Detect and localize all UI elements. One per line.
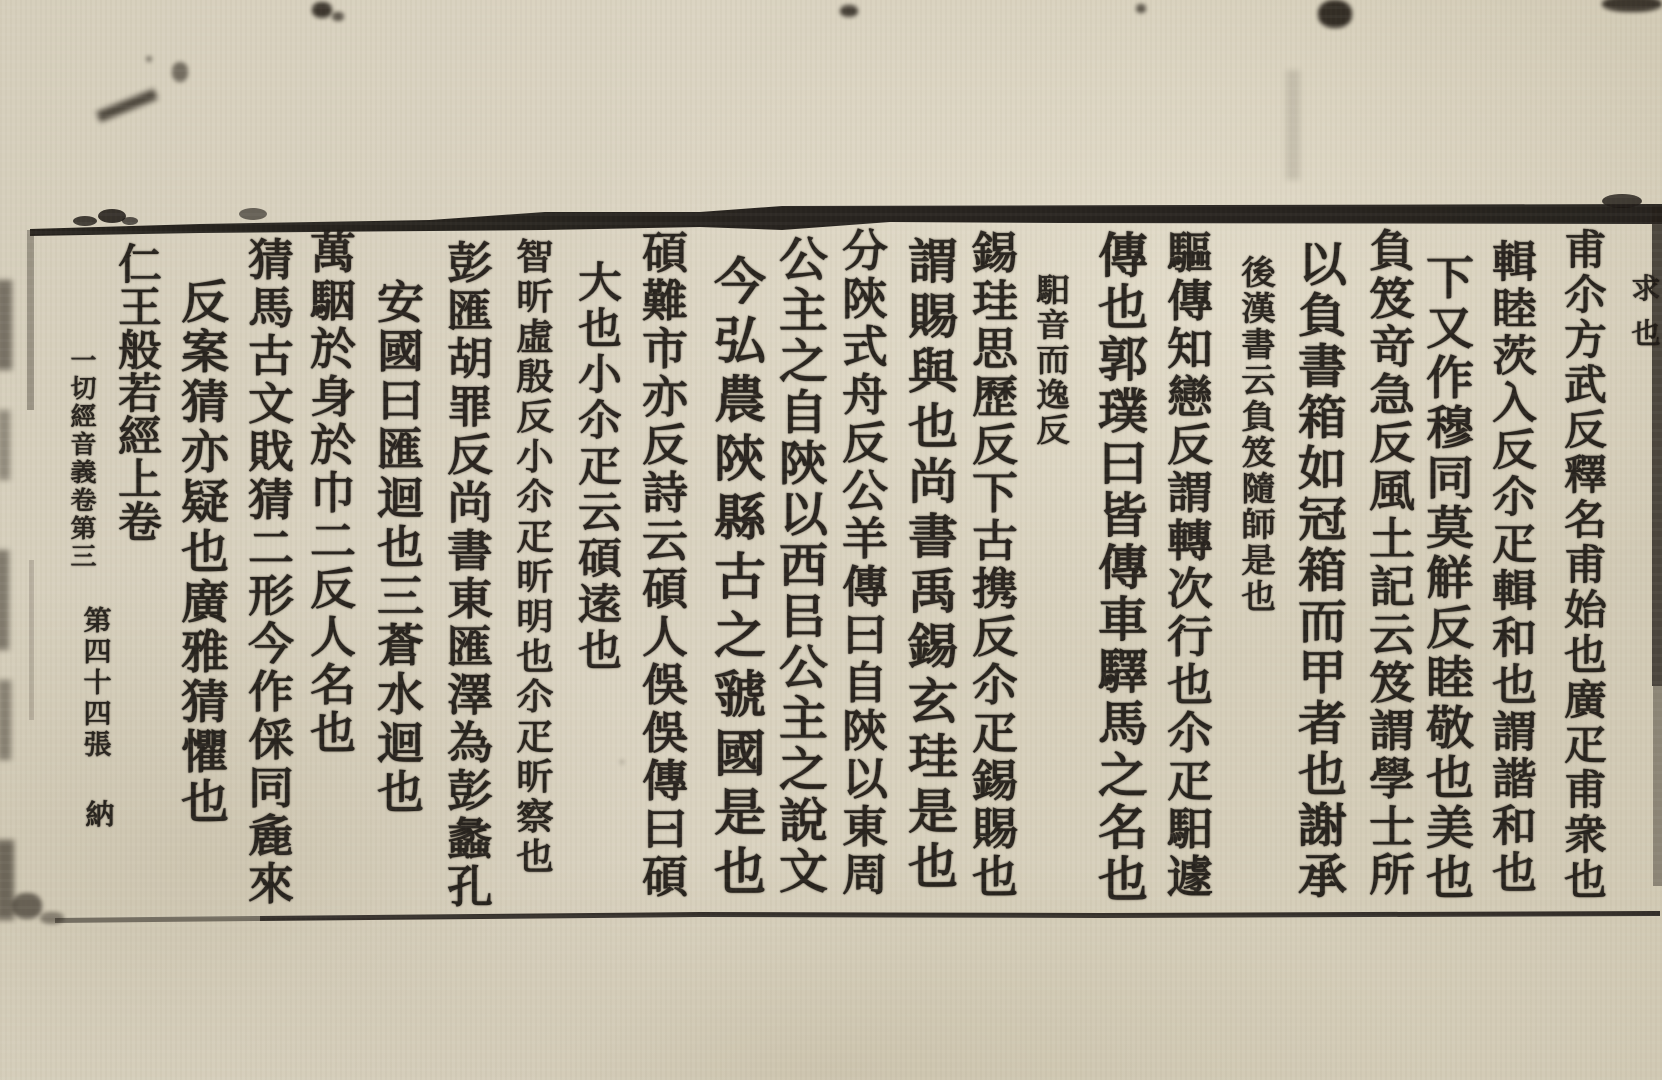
glyph-cell: 俁 [637, 710, 693, 758]
glyph-cell: 茨 [1486, 334, 1541, 381]
column-case-mark-26: 納 [81, 795, 119, 835]
glyph-cell: 也 [1421, 753, 1479, 803]
glyph-cell: 笈 [1364, 660, 1420, 708]
glyph-cell: 陝 [709, 429, 771, 488]
glyph-cell: 歷 [967, 374, 1023, 422]
glyph-cell: 說 [773, 796, 832, 847]
glyph-cell: 土 [1364, 516, 1420, 564]
glyph-cell: 謂 [1162, 470, 1218, 518]
glyph-cell: 廣 [176, 577, 234, 627]
glyph-cell: 急 [1364, 372, 1420, 420]
glyph-cell: 水 [371, 670, 428, 719]
glyph-cell: 四 [78, 699, 116, 730]
glyph-cell: 反 [442, 432, 498, 480]
glyph-cell: 孔 [442, 864, 498, 912]
ink-stain [12, 893, 42, 919]
glyph-cell: 陝 [773, 439, 832, 490]
glyph-cell: 莫 [1421, 503, 1479, 553]
glyph-cell: 上 [113, 458, 167, 501]
glyph-cell: 國 [709, 724, 771, 783]
glyph-cell: 尒 [1558, 273, 1611, 318]
glyph-cell: 彭 [442, 240, 498, 288]
column-entry-2: 輯睦茨入反尒疋輯和也謂諧和也 [1488, 240, 1541, 898]
glyph-cell: 古 [709, 547, 771, 606]
glyph-cell: 迴 [371, 474, 428, 523]
glyph-cell: 廣 [1558, 678, 1611, 723]
glyph-cell: 轉 [1162, 518, 1218, 566]
manuscript-page-sheet: 求也甫尒方武反釋名甫始也廣疋甫衆也輯睦茨入反尒疋輯和也謂諧和也下又作穆同莫觧反睦… [0, 0, 1662, 1080]
glyph-cell: 釋 [1558, 453, 1611, 498]
glyph-cell: 陝 [837, 276, 893, 324]
column-entry-16: 大也小尒疋云碩逺也 [574, 260, 626, 674]
column-entry-20: 萬駰於身於巾二反人名也 [306, 230, 360, 758]
glyph-cell: 第 [78, 606, 116, 637]
glyph-cell: 求 [1626, 266, 1662, 311]
glyph-cell: 經 [65, 403, 101, 431]
glyph-cell: 反 [1421, 603, 1479, 653]
glyph-cell: 古 [967, 518, 1023, 566]
glyph-cell: 卷 [113, 501, 167, 544]
glyph-cell: 罪 [442, 384, 498, 432]
glyph-cell: 詩 [637, 470, 693, 518]
glyph-cell: 雅 [176, 627, 234, 677]
column-sheet-number-25: 第四十四張 [79, 606, 116, 761]
glyph-cell: 第 [65, 515, 101, 543]
glyph-cell: 者 [1292, 699, 1351, 750]
column-entry-14: 今弘農陝縣古之虢國是也 [710, 252, 770, 901]
glyph-cell: 迴 [371, 719, 428, 768]
glyph-cell: 以 [837, 756, 893, 804]
glyph-cell: 也 [967, 854, 1023, 902]
column-entry-19: 安國曰匯迴也三蒼水迴也 [373, 278, 428, 817]
glyph-cell: 西 [773, 541, 832, 592]
glyph-cell: 名 [1558, 498, 1611, 543]
glyph-cell: 負 [1364, 228, 1420, 276]
glyph-cell: 式 [837, 324, 893, 372]
glyph-cell: 農 [709, 370, 771, 429]
glyph-cell: 匯 [442, 288, 498, 336]
glyph-cell: 玄 [903, 675, 963, 730]
glyph-cell: 主 [773, 694, 832, 745]
glyph-cell: 作 [243, 669, 299, 717]
glyph-cell: 學 [1364, 756, 1420, 804]
ink-stain [172, 62, 188, 82]
glyph-cell: 也 [1626, 311, 1662, 356]
glyph-cell: 蒼 [371, 621, 428, 670]
glyph-cell: 反 [176, 277, 234, 327]
glyph-cell: 甫 [1558, 543, 1611, 588]
glyph-cell: 小 [511, 437, 559, 477]
ink-stain [840, 5, 858, 17]
glyph-cell: 負 [1292, 291, 1351, 342]
glyph-cell: 方 [1558, 318, 1611, 363]
glyph-cell: 疋 [511, 517, 559, 557]
glyph-cell: 車 [1093, 594, 1153, 646]
glyph-cell: 之 [1093, 750, 1153, 802]
glyph-cell: 書 [1292, 342, 1351, 393]
glyph-cell: 明 [511, 597, 559, 637]
glyph-cell: 美 [1421, 803, 1479, 853]
glyph-cell: 切 [65, 375, 101, 403]
ink-streak [0, 410, 10, 480]
glyph-cell: 疋 [967, 710, 1023, 758]
glyph-cell: 馹 [1031, 273, 1075, 308]
glyph-cell: 張 [78, 730, 116, 761]
glyph-cell: 察 [511, 797, 559, 837]
glyph-cell: 納 [80, 795, 120, 835]
glyph-cell: 珪 [967, 278, 1023, 326]
ink-streak [0, 280, 12, 370]
glyph-cell: 為 [442, 720, 498, 768]
glyph-cell: 形 [243, 573, 299, 621]
glyph-cell: 身 [305, 374, 361, 422]
glyph-cell: 匯 [371, 425, 428, 474]
glyph-cell: 彭 [442, 768, 498, 816]
glyph-cell: 郭 [1093, 334, 1153, 386]
glyph-cell: 傳 [837, 564, 893, 612]
ink-stain [312, 2, 332, 18]
ink-streak [0, 680, 11, 760]
glyph-cell: 也 [1486, 663, 1541, 710]
glyph-cell: 師 [1236, 507, 1281, 543]
column-entry-22: 反案猜亦疑也廣雅猜懼也 [177, 277, 233, 827]
glyph-cell: 箱 [1292, 393, 1351, 444]
glyph-cell: 謂 [1364, 708, 1420, 756]
glyph-cell: 云 [637, 518, 693, 566]
glyph-cell: 猜 [243, 237, 299, 285]
glyph-cell: 尚 [903, 455, 963, 510]
glyph-cell: 縣 [709, 488, 771, 547]
glyph-cell: 分 [837, 228, 893, 276]
glyph-cell: 是 [903, 785, 963, 840]
glyph-cell: 傳 [1162, 278, 1218, 326]
glyph-cell: 難 [637, 278, 693, 326]
glyph-cell: 後 [1236, 255, 1281, 291]
glyph-cell: 而 [1031, 343, 1075, 378]
glyph-cell: 虢 [709, 665, 771, 724]
glyph-cell: 賜 [967, 806, 1023, 854]
glyph-cell: 於 [305, 326, 361, 374]
glyph-cell: 遽 [1162, 854, 1218, 902]
glyph-cell: 舟 [837, 372, 893, 420]
glyph-cell: 也 [1421, 853, 1479, 903]
glyph-cell: 胡 [442, 336, 498, 384]
ink-stain [146, 56, 152, 62]
glyph-cell: 也 [903, 840, 963, 895]
ink-stain [1136, 4, 1146, 13]
glyph-cell: 同 [1421, 453, 1479, 503]
bottom-border-rule [55, 916, 260, 923]
glyph-cell: 賜 [903, 290, 963, 345]
glyph-cell: 甫 [1558, 768, 1611, 813]
glyph-cell: 承 [1292, 852, 1351, 903]
glyph-cell: 三 [65, 543, 101, 571]
glyph-cell: 曰 [837, 612, 893, 660]
glyph-cell: 疑 [176, 477, 234, 527]
glyph-cell: 智 [511, 237, 559, 277]
glyph-cell: 經 [113, 415, 167, 458]
glyph-cell: 馬 [1093, 698, 1153, 750]
glyph-cell: 懼 [176, 727, 234, 777]
glyph-cell: 自 [773, 388, 832, 439]
glyph-cell: 疋 [573, 444, 627, 490]
glyph-cell: 錫 [967, 758, 1023, 806]
glyph-cell: 記 [1364, 564, 1420, 612]
glyph-cell: 尒 [967, 662, 1023, 710]
glyph-cell: 隨 [1236, 471, 1281, 507]
glyph-cell: 衆 [1558, 813, 1611, 858]
glyph-cell: 名 [305, 662, 361, 710]
glyph-cell: 書 [1236, 327, 1281, 363]
glyph-cell: 書 [442, 528, 498, 576]
glyph-cell: 安 [371, 278, 428, 327]
glyph-cell: 弘 [709, 311, 771, 370]
glyph-cell: 反 [1558, 408, 1611, 453]
glyph-cell: 也 [176, 527, 234, 577]
glyph-cell: 馹 [1162, 806, 1218, 854]
glyph-cell: 與 [903, 345, 963, 400]
glyph-cell: 漢 [1236, 291, 1281, 327]
glyph-cell: 尒 [573, 398, 627, 444]
glyph-cell: 錫 [967, 230, 1023, 278]
ink-stain [1318, 0, 1352, 28]
glyph-cell: 也 [1162, 662, 1218, 710]
glyph-cell: 公 [773, 643, 832, 694]
glyph-cell: 倸 [243, 717, 299, 765]
glyph-cell: 昕 [511, 557, 559, 597]
glyph-cell: 笈 [1364, 276, 1420, 324]
glyph-cell: 㠯 [773, 592, 832, 643]
column-entry-18: 彭匯胡罪反尚書東匯澤為彭蠡孔 [443, 240, 497, 912]
ink-stain [620, 760, 624, 764]
glyph-cell: 東 [837, 804, 893, 852]
glyph-cell: 和 [1486, 616, 1541, 663]
glyph-cell: 又 [1421, 303, 1479, 353]
glyph-cell: 周 [837, 852, 893, 900]
glyph-cell: 謂 [903, 235, 963, 290]
glyph-cell: 也 [1558, 858, 1611, 903]
column-entry-8: 傳也郭璞曰皆傳車驛馬之名也 [1094, 230, 1152, 906]
glyph-cell: 風 [1364, 468, 1420, 516]
glyph-cell: 睦 [1486, 287, 1541, 334]
glyph-cell: 云 [1364, 612, 1420, 660]
glyph-cell: 般 [113, 329, 167, 372]
glyph-cell: 仁 [113, 243, 167, 286]
glyph-cell: 書 [903, 510, 963, 565]
column-volume-24: 一切經音義卷第三 [66, 347, 101, 571]
glyph-cell: 也 [371, 523, 428, 572]
glyph-cell: 碩 [637, 566, 693, 614]
glyph-cell: 戀 [1162, 374, 1218, 422]
glyph-cell: 冠 [1292, 495, 1351, 546]
glyph-cell: 自 [837, 660, 893, 708]
glyph-cell: 昕 [511, 757, 559, 797]
glyph-cell: 亦 [637, 374, 693, 422]
glyph-cell: 如 [1292, 444, 1351, 495]
ink-stain [40, 912, 64, 924]
glyph-cell: 之 [709, 606, 771, 665]
glyph-cell: 也 [511, 637, 559, 677]
glyph-cell: 竒 [1364, 324, 1420, 372]
glyph-cell: 猜 [243, 477, 299, 525]
glyph-cell: 傳 [1093, 542, 1153, 594]
glyph-cell: 猜 [176, 377, 234, 427]
glyph-cell: 同 [243, 765, 299, 813]
glyph-cell: 十 [78, 668, 116, 699]
glyph-cell: 公 [837, 468, 893, 516]
column-catchword-0: 求也 [1627, 266, 1662, 356]
glyph-cell: 云 [1236, 363, 1281, 399]
glyph-cell: 傳 [637, 758, 693, 806]
glyph-cell: 驛 [1093, 646, 1153, 698]
glyph-cell: 尒 [511, 677, 559, 717]
glyph-cell: 萬 [305, 230, 361, 278]
glyph-cell: 下 [967, 470, 1023, 518]
glyph-cell: 皆 [1093, 490, 1153, 542]
glyph-cell: 携 [967, 566, 1023, 614]
glyph-cell: 國 [371, 327, 428, 376]
column-entry-3: 下又作穆同莫觧反睦敬也美也 [1422, 253, 1478, 903]
ink-stain [1602, 0, 1662, 12]
glyph-cell: 謝 [1292, 801, 1351, 852]
glyph-cell: 馬 [243, 285, 299, 333]
glyph-cell: 也 [1292, 750, 1351, 801]
glyph-cell: 音 [65, 431, 101, 459]
glyph-cell: 今 [709, 252, 771, 311]
glyph-cell: 甲 [1292, 648, 1351, 699]
glyph-cell: 輯 [1486, 569, 1541, 616]
glyph-cell: 敬 [1421, 703, 1479, 753]
glyph-cell: 云 [573, 490, 627, 536]
glyph-cell: 匯 [442, 624, 498, 672]
glyph-cell: 下 [1421, 253, 1479, 303]
ink-streak [0, 550, 9, 650]
glyph-cell: 反 [511, 397, 559, 437]
glyph-cell: 陝 [837, 708, 893, 756]
column-entry-15: 碩難市亦反詩云碩人俁俁傳曰碩 [638, 230, 692, 902]
column-entry-13: 公主之自陝以西㠯公主之說文 [775, 235, 832, 898]
glyph-cell: 四 [78, 637, 116, 668]
column-entry-21: 猜馬古文戝猜二形今作倸同麁來 [244, 237, 298, 909]
glyph-cell: 曰 [371, 376, 428, 425]
glyph-cell: 小 [573, 352, 627, 398]
glyph-cell: 若 [113, 372, 167, 415]
glyph-cell: 反 [1031, 413, 1075, 448]
ink-streak [96, 89, 158, 122]
glyph-cell: 也 [573, 306, 627, 352]
glyph-cell: 而 [1292, 597, 1351, 648]
glyph-cell: 也 [511, 837, 559, 877]
glyph-cell: 珪 [903, 730, 963, 785]
glyph-cell: 名 [1093, 802, 1153, 854]
ink-stain [332, 12, 344, 21]
glyph-cell: 文 [243, 381, 299, 429]
glyph-cell: 和 [1486, 804, 1541, 851]
glyph-cell: 曰 [1093, 438, 1153, 490]
glyph-cell: 也 [903, 400, 963, 455]
glyph-cell: 駰 [305, 278, 361, 326]
glyph-cell: 之 [773, 337, 832, 388]
glyph-cell: 疋 [1486, 522, 1541, 569]
column-entry-4: 負笈竒急反風土記云笈謂學士所 [1365, 228, 1419, 900]
glyph-cell: 文 [773, 847, 832, 898]
glyph-cell: 二 [305, 518, 361, 566]
glyph-cell: 禹 [903, 565, 963, 620]
glyph-cell: 反 [967, 614, 1023, 662]
glyph-cell: 疋 [1162, 758, 1218, 806]
glyph-cell: 也 [1093, 282, 1153, 334]
glyph-cell: 反 [967, 422, 1023, 470]
glyph-cell: 於 [305, 422, 361, 470]
glyph-cell: 羊 [837, 516, 893, 564]
column-entry-6: 後漢書云負笈隨師是也 [1237, 255, 1280, 615]
glyph-cell: 殷 [511, 357, 559, 397]
glyph-cell: 次 [1162, 566, 1218, 614]
glyph-cell: 反 [1162, 422, 1218, 470]
glyph-cell: 尒 [1162, 710, 1218, 758]
glyph-cell: 也 [1558, 633, 1611, 678]
glyph-cell: 反 [1486, 428, 1541, 475]
glyph-cell: 穆 [1421, 403, 1479, 453]
glyph-cell: 負 [1236, 399, 1281, 435]
glyph-cell: 入 [1486, 381, 1541, 428]
glyph-cell: 思 [967, 326, 1023, 374]
glyph-cell: 市 [637, 326, 693, 374]
glyph-cell: 一 [65, 347, 101, 375]
glyph-cell: 逺 [573, 582, 627, 628]
glyph-cell: 驅 [1162, 230, 1218, 278]
glyph-cell: 以 [1292, 240, 1351, 291]
glyph-cell: 之 [773, 745, 832, 796]
glyph-cell: 士 [1364, 804, 1420, 852]
glyph-cell: 公 [773, 235, 832, 286]
glyph-cell: 二 [243, 525, 299, 573]
glyph-cell: 反 [637, 422, 693, 470]
glyph-cell: 也 [573, 628, 627, 674]
glyph-cell: 輯 [1486, 240, 1541, 287]
glyph-cell: 昕 [511, 277, 559, 317]
glyph-cell: 也 [1236, 579, 1281, 615]
column-entry-5: 以負書箱如冠箱而甲者也謝承 [1294, 240, 1351, 903]
glyph-cell: 也 [1486, 851, 1541, 898]
glyph-cell: 人 [305, 614, 361, 662]
glyph-cell: 尒 [1486, 475, 1541, 522]
glyph-cell: 是 [1236, 543, 1281, 579]
glyph-cell: 疋 [1558, 723, 1611, 768]
glyph-cell: 也 [371, 768, 428, 817]
glyph-cell: 猜 [176, 677, 234, 727]
glyph-cell: 今 [243, 621, 299, 669]
glyph-cell: 謂 [1486, 710, 1541, 757]
glyph-cell: 蠡 [442, 816, 498, 864]
glyph-cell: 知 [1162, 326, 1218, 374]
glyph-cell: 尒 [511, 477, 559, 517]
glyph-cell: 箱 [1292, 546, 1351, 597]
glyph-cell: 也 [1093, 854, 1153, 906]
glyph-cell: 案 [176, 327, 234, 377]
column-entry-17: 智昕虛殷反小尒疋昕明也尒疋昕察也 [512, 237, 558, 877]
glyph-cell: 疋 [511, 717, 559, 757]
glyph-cell: 錫 [903, 620, 963, 675]
column-entry-1: 甫尒方武反釋名甫始也廣疋甫衆也 [1560, 228, 1611, 903]
glyph-cell: 戝 [243, 429, 299, 477]
glyph-cell: 是 [709, 783, 771, 842]
glyph-cell: 人 [637, 614, 693, 662]
glyph-cell: 反 [305, 566, 361, 614]
column-entry-10: 錫珪思歷反下古携反尒疋錫賜也 [968, 230, 1022, 902]
glyph-cell: 甫 [1558, 228, 1611, 273]
column-entry-9: 馹音而逸反 [1032, 273, 1074, 448]
